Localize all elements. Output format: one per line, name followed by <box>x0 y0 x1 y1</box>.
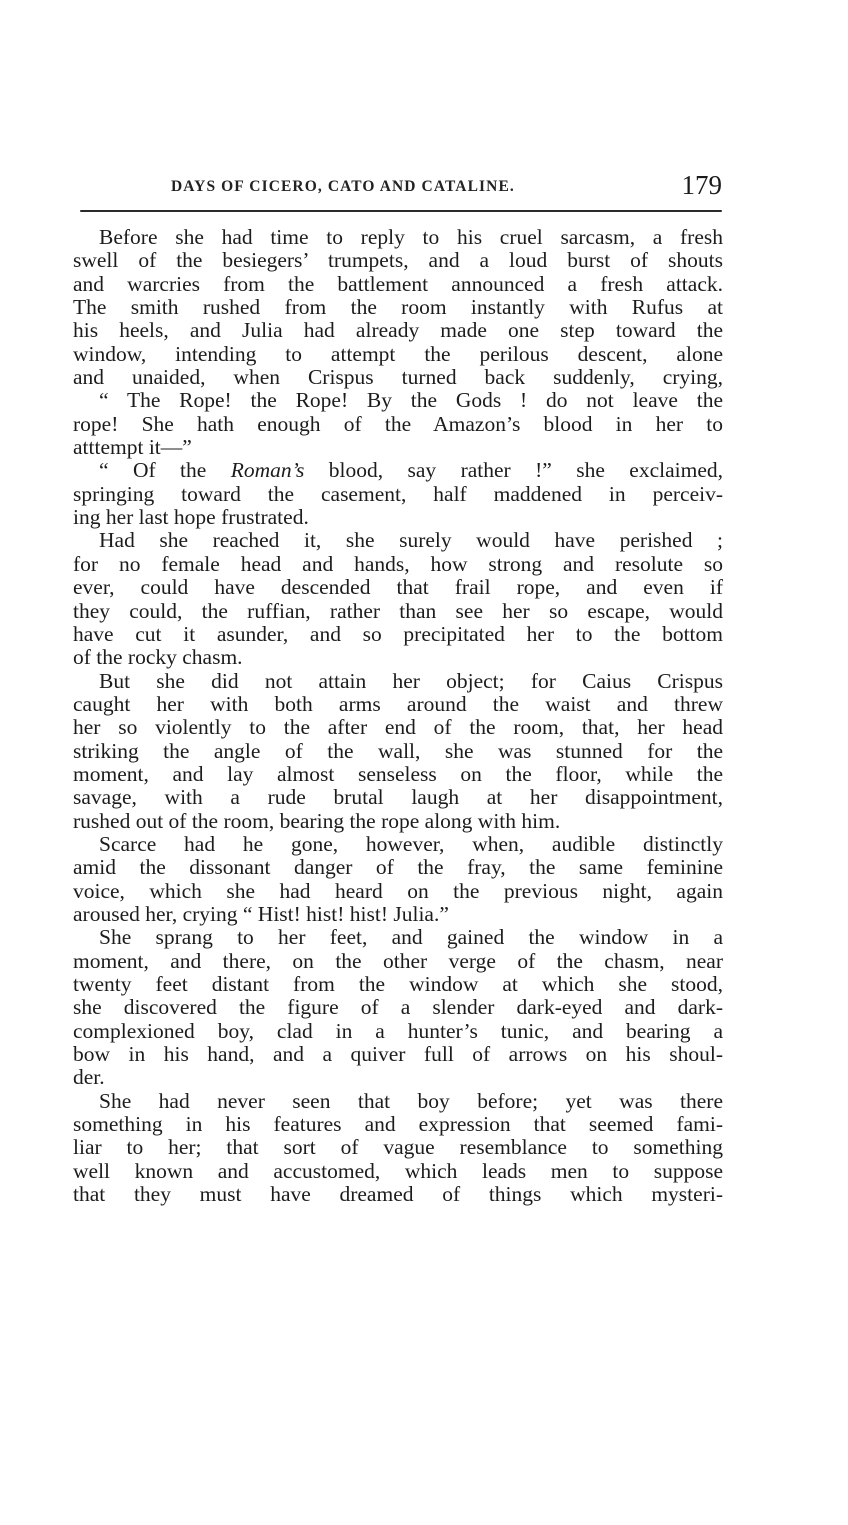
text-line: that they must have dreamed of things wh… <box>73 1183 723 1206</box>
text-line: for no female head and hands, how strong… <box>73 553 723 576</box>
text-line: The smith rushed from the room instantly… <box>73 296 723 319</box>
running-header: DAYS OF CICERO, CATO AND CATALINE. 179 <box>78 170 724 200</box>
text-line: Before she had time to reply to his crue… <box>73 226 723 249</box>
text-line: window, intending to attempt the perilou… <box>73 343 723 366</box>
text-line: “ The Rope! the Rope! By the Gods ! do n… <box>73 389 723 412</box>
text-line: well known and accustomed, which leads m… <box>73 1160 723 1183</box>
text-line: She sprang to her feet, and gained the w… <box>73 926 723 949</box>
text-line: savage, with a rude brutal laugh at her … <box>73 786 723 809</box>
body-text: Before she had time to reply to his crue… <box>73 226 723 1206</box>
text-line: she discovered the figure of a slender d… <box>73 996 723 1019</box>
text-line: “ Of the Roman’s blood, say rather !” sh… <box>73 459 723 482</box>
header-rule <box>80 210 722 212</box>
text-line: liar to her; that sort of vague resembla… <box>73 1136 723 1159</box>
text-line: twenty feet distant from the window at w… <box>73 973 723 996</box>
text-line: She had never seen that boy before; yet … <box>73 1090 723 1113</box>
text-line: der. <box>73 1066 723 1089</box>
text-line: moment, and there, on the other verge of… <box>73 950 723 973</box>
text-line: her so violently to the after end of the… <box>73 716 723 739</box>
page-number: 179 <box>682 170 723 201</box>
text-line: caught her with both arms around the wai… <box>73 693 723 716</box>
text-line: of the rocky chasm. <box>73 646 723 669</box>
text-line: Had she reached it, she surely would hav… <box>73 529 723 552</box>
text-line: and unaided, when Crispus turned back su… <box>73 366 723 389</box>
text-line: they could, the ruffian, rather than see… <box>73 600 723 623</box>
italic-emphasis: Roman’s <box>231 458 305 482</box>
text-line: amid the dissonant danger of the fray, t… <box>73 856 723 879</box>
text-line: and warcries from the battlement announc… <box>73 273 723 296</box>
text-line: ever, could have descended that frail ro… <box>73 576 723 599</box>
book-page: DAYS OF CICERO, CATO AND CATALINE. 179 B… <box>0 0 848 1525</box>
text-line: swell of the besiegers’ trumpets, and a … <box>73 249 723 272</box>
text-line: striking the angle of the wall, she was … <box>73 740 723 763</box>
text-line: rope! She hath enough of the Amazon’s bl… <box>73 413 723 436</box>
text-line: Scarce had he gone, however, when, audib… <box>73 833 723 856</box>
text-line: springing toward the casement, half madd… <box>73 483 723 506</box>
text-line: his heels, and Julia had already made on… <box>73 319 723 342</box>
text-line: have cut it asunder, and so precipitated… <box>73 623 723 646</box>
text-line: complexioned boy, clad in a hunter’s tun… <box>73 1020 723 1043</box>
text-line: ing her last hope frustrated. <box>73 506 723 529</box>
running-head-title: DAYS OF CICERO, CATO AND CATALINE. <box>171 178 515 196</box>
text-line: rushed out of the room, bearing the rope… <box>73 810 723 833</box>
text-line: atttempt it—” <box>73 436 723 459</box>
text-line: But she did not attain her object; for C… <box>73 670 723 693</box>
text-line: moment, and lay almost senseless on the … <box>73 763 723 786</box>
text-line: something in his features and expression… <box>73 1113 723 1136</box>
text-line: voice, which she had heard on the previo… <box>73 880 723 903</box>
text-line: aroused her, crying “ Hist! hist! hist! … <box>73 903 723 926</box>
text-line: bow in his hand, and a quiver full of ar… <box>73 1043 723 1066</box>
